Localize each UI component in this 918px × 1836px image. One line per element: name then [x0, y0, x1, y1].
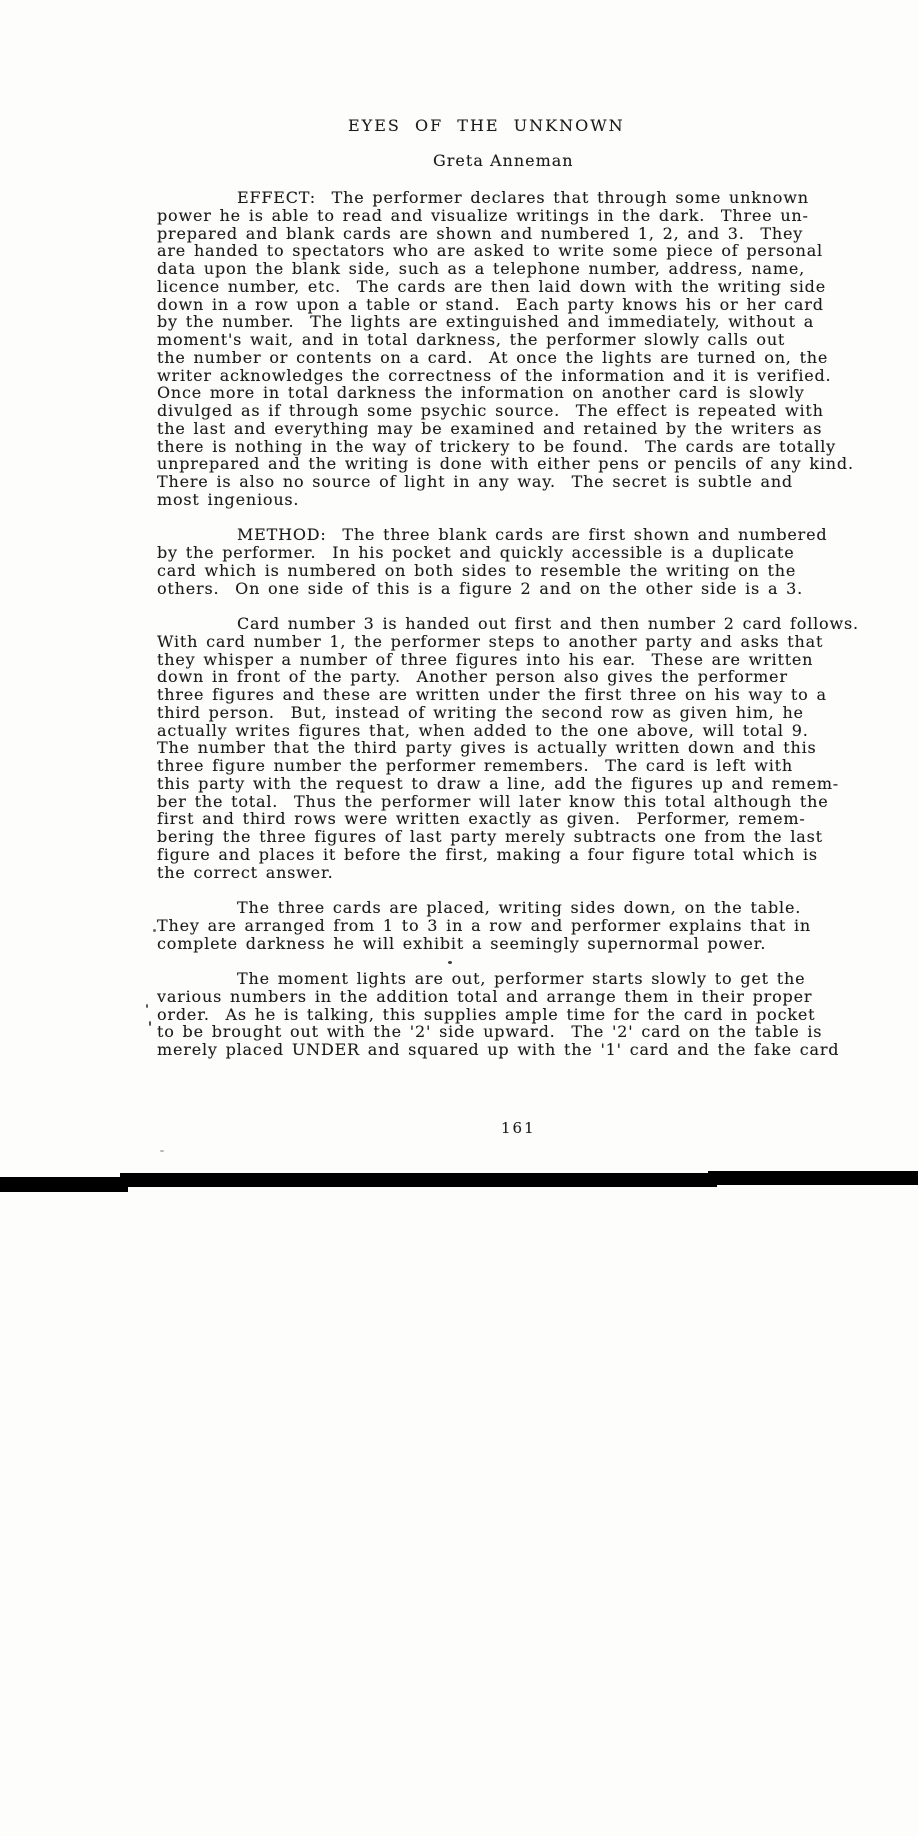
text-line: third person. But, instead of writing th…: [157, 704, 918, 722]
text-line: the number or contents on a card. At onc…: [157, 349, 918, 367]
text-line: power he is able to read and visualize w…: [157, 207, 918, 225]
text-line: to be brought out with the '2' side upwa…: [157, 1023, 918, 1041]
text-line: various numbers in the addition total an…: [157, 988, 918, 1006]
scan-speck: [448, 961, 452, 964]
paragraph: EFFECT: The performer declares that thro…: [157, 189, 918, 509]
text-line: are handed to spectators who are asked t…: [157, 242, 918, 260]
text-line: The moment lights are out, performer sta…: [157, 970, 918, 988]
text-line: first and third rows were written exactl…: [157, 810, 918, 828]
scan-redaction-bar-right: [708, 1171, 918, 1185]
paragraph: The moment lights are out, performer sta…: [157, 970, 918, 1059]
text-line: by the performer. In his pocket and quic…: [157, 544, 918, 562]
text-line: The number that the third party gives is…: [157, 739, 918, 757]
text-line: ber the total. Thus the performer will l…: [157, 793, 918, 811]
text-line: three figure number the performer rememb…: [157, 757, 918, 775]
scan-speck: [160, 1150, 164, 1152]
text-line: moment's wait, and in total darkness, th…: [157, 331, 918, 349]
text-line: METHOD: The three blank cards are first …: [157, 526, 918, 544]
text-line: there is nothing in the way of trickery …: [157, 438, 918, 456]
paragraph: The three cards are placed, writing side…: [157, 899, 918, 952]
text-line: three figures and these are written unde…: [157, 686, 918, 704]
text-line: figure and places it before the first, m…: [157, 846, 918, 864]
text-line: the last and everything may be examined …: [157, 420, 918, 438]
text-line: the correct answer.: [157, 864, 918, 882]
text-line: writer acknowledges the correctness of t…: [157, 367, 918, 385]
text-line: divulged as if through some psychic sour…: [157, 402, 918, 420]
scan-redaction-bar-left: [0, 1177, 128, 1192]
paragraph: METHOD: The three blank cards are first …: [157, 526, 918, 597]
text-line: down in a row upon a table or stand. Eac…: [157, 296, 918, 314]
text-line: EFFECT: The performer declares that thro…: [157, 189, 918, 207]
text-line: There is also no source of light in any …: [157, 473, 918, 491]
text-line: data upon the blank side, such as a tele…: [157, 260, 918, 278]
text-line: With card number 1, the performer steps …: [157, 633, 918, 651]
text-line: The three cards are placed, writing side…: [157, 899, 918, 917]
scan-redaction-bar-middle: [120, 1173, 717, 1187]
scan-speck: [146, 1004, 148, 1008]
scan-speck: [153, 929, 156, 932]
text-line: they whisper a number of three figures i…: [157, 651, 918, 669]
text-line: merely placed UNDER and squared up with …: [157, 1041, 918, 1059]
paragraph: Card number 3 is handed out first and th…: [157, 615, 918, 881]
text-line: card which is numbered on both sides to …: [157, 562, 918, 580]
text-line: order. As he is talking, this supplies a…: [157, 1006, 918, 1024]
text-line: complete darkness he will exhibit a seem…: [157, 935, 918, 953]
text-line: this party with the request to draw a li…: [157, 775, 918, 793]
page-title: EYES OF THE UNKNOWN: [348, 116, 625, 135]
text-line: Once more in total darkness the informat…: [157, 384, 918, 402]
scan-speck: [149, 1021, 151, 1026]
text-line: licence number, etc. The cards are then …: [157, 278, 918, 296]
text-line: Card number 3 is handed out first and th…: [157, 615, 918, 633]
page-number: 161: [501, 1119, 536, 1137]
text-line: bering the three figures of last party m…: [157, 828, 918, 846]
scanned-document-page: EYES OF THE UNKNOWN Greta Anneman EFFECT…: [0, 0, 918, 1836]
text-line: down in front of the party. Another pers…: [157, 668, 918, 686]
text-line: actually writes figures that, when added…: [157, 722, 918, 740]
text-line: most ingenious.: [157, 491, 918, 509]
text-line: They are arranged from 1 to 3 in a row a…: [157, 917, 918, 935]
text-line: prepared and blank cards are shown and n…: [157, 225, 918, 243]
text-line: by the number. The lights are extinguish…: [157, 313, 918, 331]
author-byline: Greta Anneman: [433, 151, 574, 170]
text-line: unprepared and the writing is done with …: [157, 455, 918, 473]
text-line: others. On one side of this is a figure …: [157, 580, 918, 598]
body-text: EFFECT: The performer declares that thro…: [157, 189, 918, 1077]
